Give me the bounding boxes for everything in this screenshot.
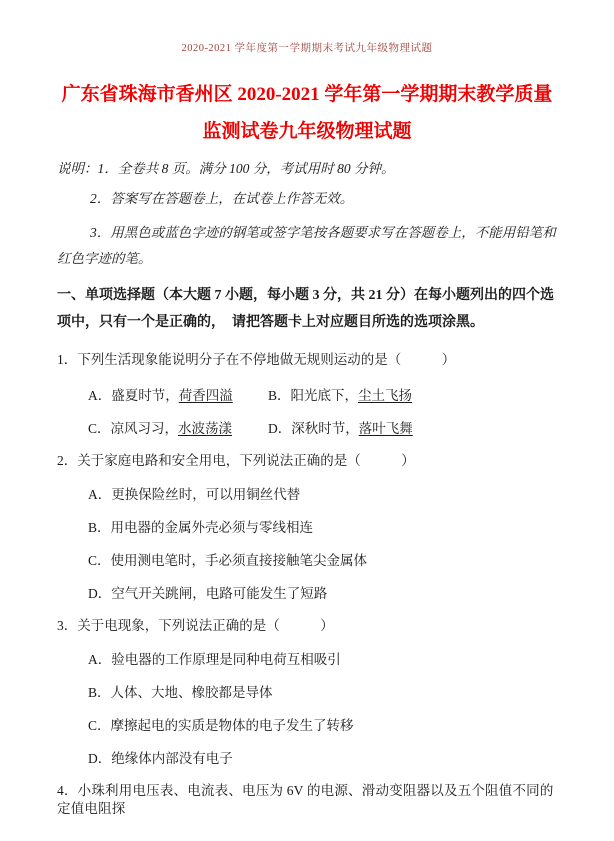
question-3-number: 3．	[57, 618, 77, 633]
question-1-stem: 1．下列生活现象能说明分子在不停地做无规则运动的是（ ）	[57, 351, 557, 369]
option-label: D．	[268, 421, 291, 436]
question-3-options: A．验电器的工作原理是同种电荷互相吸引 B．人体、大地、橡胶都是导体 C．摩擦起…	[57, 651, 557, 767]
option-label: D．	[88, 751, 111, 766]
option-text: 阳光底下，	[291, 388, 359, 403]
option-text: 验电器的工作原理是同种电荷互相吸引	[111, 652, 341, 667]
question-3-text: 关于电现象，下列说法正确的是（ ）	[77, 618, 334, 633]
question-2: 2．关于家庭电路和安全用电，下列说法正确的是（ ） A．更换保险丝时，可以用铜丝…	[57, 452, 557, 602]
question-1-text: 下列生活现象能说明分子在不停地做无规则运动的是（ ）	[77, 352, 455, 367]
question-1-option-b: B．阳光底下，尘土飞扬	[268, 387, 557, 404]
instruction-line-1: 说明：1．全卷共 8 页。满分 100 分，考试用时 80 分钟。	[57, 160, 557, 177]
option-label: C．	[88, 553, 111, 568]
instruction-line-3: 3．用黑色或蓝色字迹的钢笔或签字笔按各题要求写在答题卷上，不能用铅笔和红色字迹的…	[57, 220, 557, 272]
option-label: A．	[88, 388, 111, 403]
page-title-line-1: 广东省珠海市香州区 2020-2021 学年第一学期期末教学质量	[57, 76, 557, 113]
option-text: 空气开关跳闸，电路可能发生了短路	[111, 586, 327, 601]
question-4-text: 小珠利用电压表、电流表、电压为 6V 的电源、滑动变阻器以及五个阻值不同的定值电…	[57, 783, 554, 816]
question-2-number: 2．	[57, 453, 77, 468]
exam-instructions: 说明：1．全卷共 8 页。满分 100 分，考试用时 80 分钟。 2．答案写在…	[57, 160, 557, 272]
option-label: B．	[268, 388, 291, 403]
option-text: 更换保险丝时，可以用铜丝代替	[111, 487, 300, 502]
question-3-option-b: B．人体、大地、橡胶都是导体	[88, 684, 557, 701]
option-label: A．	[88, 652, 111, 667]
question-1-number: 1．	[57, 352, 77, 367]
page-title-line-2: 监测试卷九年级物理试题	[57, 113, 557, 150]
option-text: 盛夏时节，	[111, 388, 179, 403]
exam-document-page: 2020-2021 学年度第一学期期末考试九年级物理试题 广东省珠海市香州区 2…	[0, 0, 614, 841]
question-3-stem: 3．关于电现象，下列说法正确的是（ ）	[57, 617, 557, 635]
question-1-option-c: C．凉风习习，水波荡漾	[88, 420, 268, 437]
option-underlined-phrase: 水波荡漾	[178, 421, 232, 436]
question-2-options: A．更换保险丝时，可以用铜丝代替 B．用电器的金属外壳必须与零线相连 C．使用测…	[57, 486, 557, 602]
option-label: A．	[88, 487, 111, 502]
question-1-options: A．盛夏时节，荷香四溢 B．阳光底下，尘土飞扬 C．凉风习习，水波荡漾 D．深秋…	[57, 371, 557, 437]
option-label: C．	[88, 421, 111, 436]
question-4: 4．小珠利用电压表、电流表、电压为 6V 的电源、滑动变阻器以及五个阻值不同的定…	[57, 782, 557, 818]
running-header: 2020-2021 学年度第一学期期末考试九年级物理试题	[57, 42, 557, 56]
option-label: C．	[88, 718, 111, 733]
question-3: 3．关于电现象，下列说法正确的是（ ） A．验电器的工作原理是同种电荷互相吸引 …	[57, 617, 557, 767]
page-title: 广东省珠海市香州区 2020-2021 学年第一学期期末教学质量 监测试卷九年级…	[57, 76, 557, 150]
section-heading: 一、单项选择题（本大题 7 小题，每小题 3 分，共 21 分）在每小题列出的四…	[57, 282, 557, 336]
question-2-option-b: B．用电器的金属外壳必须与零线相连	[88, 519, 557, 536]
question-1: 1．下列生活现象能说明分子在不停地做无规则运动的是（ ） A．盛夏时节，荷香四溢…	[57, 351, 557, 437]
option-underlined-phrase: 荷香四溢	[179, 388, 233, 403]
option-text: 凉风习习，	[111, 421, 179, 436]
option-text: 摩擦起电的实质是物体的电子发生了转移	[111, 718, 354, 733]
question-3-option-d: D．绝缘体内部没有电子	[88, 750, 557, 767]
option-text: 用电器的金属外壳必须与零线相连	[111, 520, 314, 535]
question-4-number: 4．	[57, 783, 78, 798]
question-2-option-d: D．空气开关跳闸，电路可能发生了短路	[88, 585, 557, 602]
option-text: 人体、大地、橡胶都是导体	[111, 685, 273, 700]
option-underlined-phrase: 落叶飞舞	[359, 421, 413, 436]
question-2-option-c: C．使用测电笔时，手必须直接接触笔尖金属体	[88, 552, 557, 569]
question-3-option-c: C．摩擦起电的实质是物体的电子发生了转移	[88, 717, 557, 734]
question-2-option-a: A．更换保险丝时，可以用铜丝代替	[88, 486, 557, 503]
option-label: B．	[88, 520, 111, 535]
option-label: B．	[88, 685, 111, 700]
question-3-option-a: A．验电器的工作原理是同种电荷互相吸引	[88, 651, 557, 668]
question-2-stem: 2．关于家庭电路和安全用电，下列说法正确的是（ ）	[57, 452, 557, 470]
question-4-stem: 4．小珠利用电压表、电流表、电压为 6V 的电源、滑动变阻器以及五个阻值不同的定…	[57, 782, 557, 818]
option-text: 深秋时节，	[291, 421, 359, 436]
option-text: 使用测电笔时，手必须直接接触笔尖金属体	[111, 553, 368, 568]
option-label: D．	[88, 586, 111, 601]
question-1-option-a: A．盛夏时节，荷香四溢	[88, 387, 268, 404]
question-1-option-d: D．深秋时节，落叶飞舞	[268, 420, 557, 437]
instruction-line-2: 2．答案写在答题卷上，在试卷上作答无效。	[57, 190, 557, 207]
question-2-text: 关于家庭电路和安全用电，下列说法正确的是（ ）	[77, 453, 415, 468]
option-text: 绝缘体内部没有电子	[111, 751, 233, 766]
option-underlined-phrase: 尘土飞扬	[358, 388, 412, 403]
